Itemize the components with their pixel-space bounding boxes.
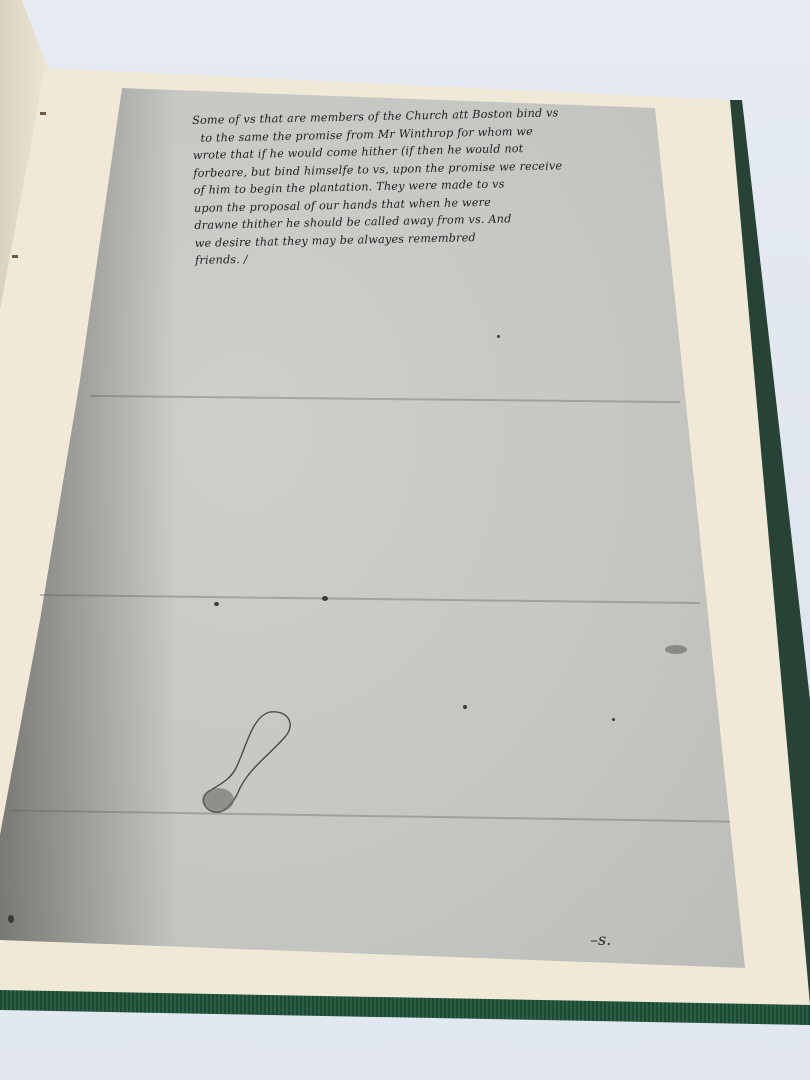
ink-spot bbox=[463, 705, 467, 709]
ink-spot bbox=[214, 602, 219, 606]
ink-spot bbox=[322, 596, 328, 601]
seal-stain-mark bbox=[200, 708, 292, 818]
handwritten-letter: Some of vs that are members of the Churc… bbox=[192, 102, 665, 269]
ink-spot bbox=[497, 335, 500, 338]
ink-spot bbox=[612, 718, 615, 721]
binding-thread-top bbox=[40, 112, 46, 115]
ink-blot bbox=[665, 645, 687, 654]
plate-corner-mark: –s. bbox=[590, 930, 611, 949]
ink-spot bbox=[8, 915, 14, 923]
binding-thread-bottom bbox=[12, 255, 18, 258]
